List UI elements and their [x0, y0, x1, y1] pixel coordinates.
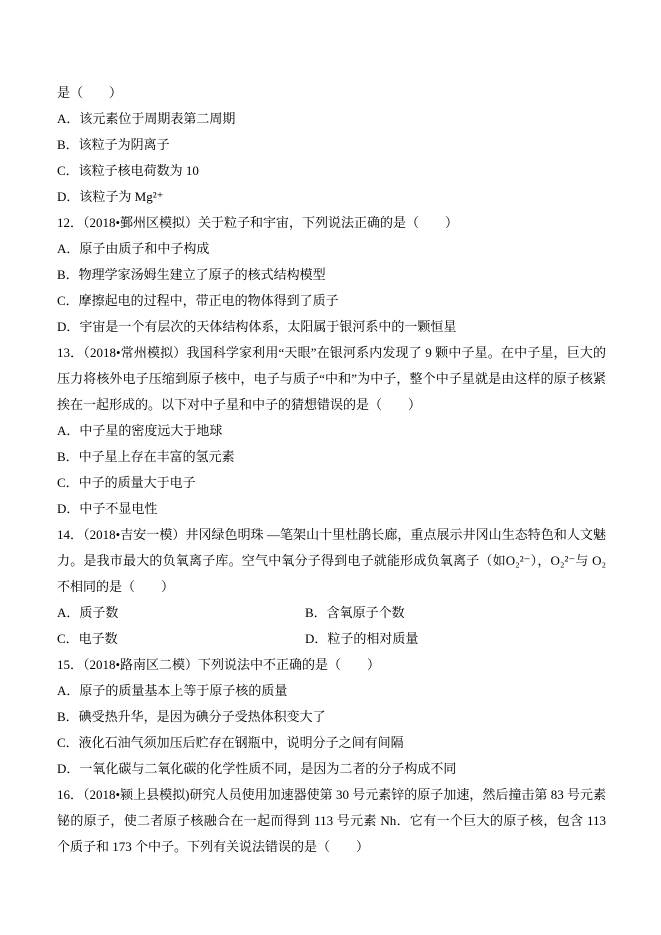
question-stem: 12．（2018•鄞州区模拟）关于粒子和宇宙，下列说法正确的是（ ）	[57, 210, 606, 236]
option-row: C．电子数D．粒子的相对质量	[57, 626, 606, 652]
question-option: D．粒子的相对质量	[305, 626, 606, 652]
question-option: C．中子的质量大于电子	[57, 470, 606, 496]
question-option: D．一氧化碳与二氧化碳的化学性质不同，是因为二者的分子构成不同	[57, 756, 606, 782]
question-stem: 16．（2018•颍上县模拟)研究人员使用加速器使第 30 号元素锌的原子加速，…	[57, 782, 606, 860]
question-option: C．液化石油气须加压后贮存在钢瓶中，说明分子之间有间隔	[57, 730, 606, 756]
question-option: A．中子星的密度远大于地球	[57, 418, 606, 444]
question-option: C．摩擦起电的过程中，带正电的物体得到了质子	[57, 288, 606, 314]
question-stem: 是（ ）	[57, 80, 606, 106]
option-row: A．质子数B．含氧原子个数	[57, 600, 606, 626]
question-option: B．物理学家汤姆生建立了原子的核式结构模型	[57, 262, 606, 288]
question-stem: 15．（2018•路南区二模）下列说法中不正确的是（ ）	[57, 652, 606, 678]
question-block: 15．（2018•路南区二模）下列说法中不正确的是（ ）A．原子的质量基本上等于…	[57, 652, 606, 782]
question-option: A．质子数	[57, 600, 305, 626]
question-block: 13．（2018•常州模拟）我国科学家利用“天眼”在银河系内发现了 9 颗中子星…	[57, 340, 606, 522]
question-option: D．宇宙是一个有层次的天体结构体系，太阳属于银河系中的一颗恒星	[57, 314, 606, 340]
question-option: C．电子数	[57, 626, 305, 652]
question-block: 12．（2018•鄞州区模拟）关于粒子和宇宙，下列说法正确的是（ ）A．原子由质…	[57, 210, 606, 340]
question-block: 16．（2018•颍上县模拟)研究人员使用加速器使第 30 号元素锌的原子加速，…	[57, 782, 606, 860]
question-stem: 13．（2018•常州模拟）我国科学家利用“天眼”在银河系内发现了 9 颗中子星…	[57, 340, 606, 418]
question-list: 是（ ）A．该元素位于周期表第二周期B．该粒子为阴离子C．该粒子核电荷数为 10…	[57, 80, 606, 860]
question-option: B．该粒子为阴离子	[57, 132, 606, 158]
question-option: B．含氧原子个数	[305, 600, 606, 626]
question-option: B．碘受热升华，是因为碘分子受热体积变大了	[57, 704, 606, 730]
question-option: A．原子由质子和中子构成	[57, 236, 606, 262]
question-block: 是（ ）A．该元素位于周期表第二周期B．该粒子为阴离子C．该粒子核电荷数为 10…	[57, 80, 606, 210]
question-block: 14．（2018•吉安一模）井冈绿色明珠 ―笔架山十里杜鹃长廊，重点展示井冈山生…	[57, 522, 606, 652]
question-option: C．该粒子核电荷数为 10	[57, 158, 606, 184]
document-page: 是（ ）A．该元素位于周期表第二周期B．该粒子为阴离子C．该粒子核电荷数为 10…	[0, 0, 661, 935]
question-option: D．中子不显电性	[57, 496, 606, 522]
question-option: B．中子星上存在丰富的氢元素	[57, 444, 606, 470]
question-option: A．该元素位于周期表第二周期	[57, 106, 606, 132]
question-stem: 14．（2018•吉安一模）井冈绿色明珠 ―笔架山十里杜鹃长廊，重点展示井冈山生…	[57, 522, 606, 600]
question-option: D．该粒子为 Mg²⁺	[57, 184, 606, 210]
question-option: A．原子的质量基本上等于原子核的质量	[57, 678, 606, 704]
